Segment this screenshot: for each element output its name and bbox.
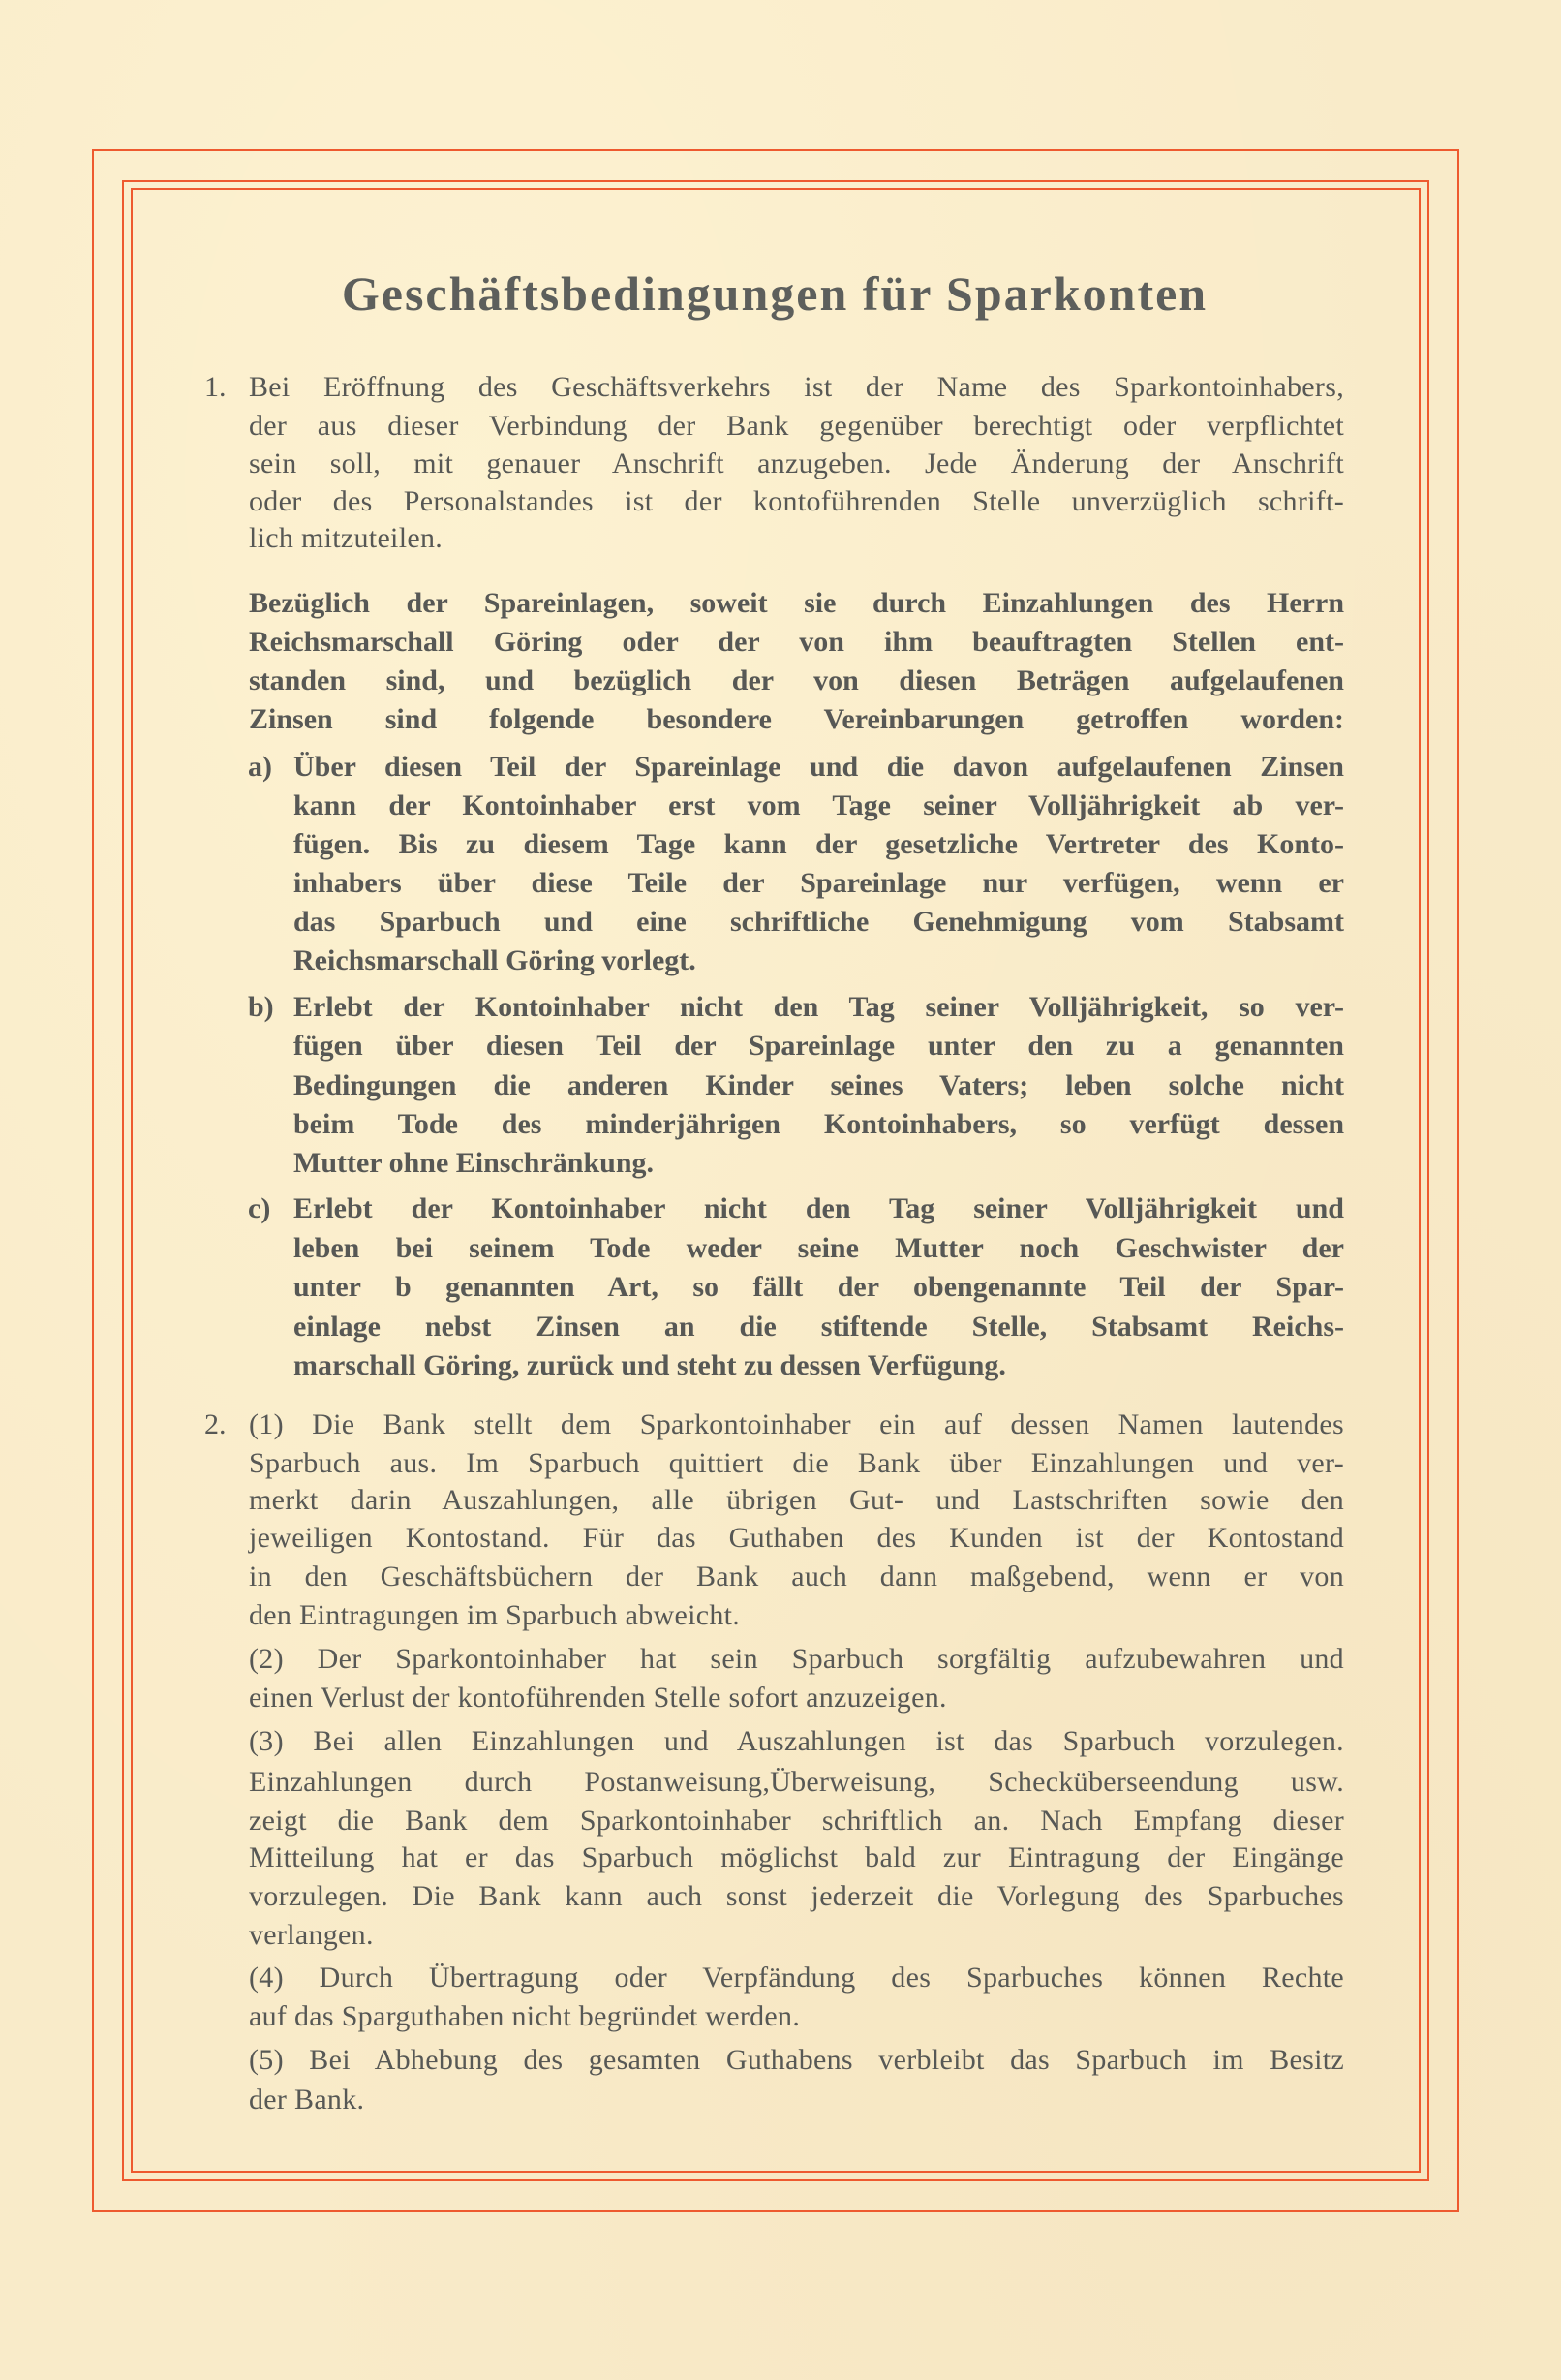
text-line: fügen. Bis zu diesem Tage kann der geset… [293,830,1344,859]
text-line: beim Tode des minderjährigen Kontoinhabe… [293,1110,1344,1139]
item-label: c) [248,1194,270,1223]
text-line: sein soll, mit genauer Anschrift anzugeb… [249,449,1344,479]
text-line: kann der Kontoinhaber erst vom Tage sein… [293,791,1344,820]
text-line: Mutter ohne Einschränkung. [293,1149,1344,1178]
text-line: einlage nebst Zinsen an die stiftende St… [293,1313,1344,1342]
text-line: lich mitzuteilen. [249,524,1344,553]
text-line: in den Geschäftsbüchern der Bank auch da… [249,1562,1344,1592]
text-line: oder des Personalstandes ist der kontofü… [249,487,1344,516]
text-line: Über diesen Teil der Spareinlage und die… [293,753,1344,782]
text-line: auf das Sparguthaben nicht begründet wer… [249,2002,1344,2031]
text-line: marschall Göring, zurück und steht zu de… [293,1351,1344,1380]
text-line: vorzulegen. Die Bank kann auch sonst jed… [249,1882,1344,1911]
text-line: der Bank. [249,2086,1344,2115]
text-line: Bedingungen die anderen Kinder seines Va… [293,1071,1344,1100]
text-line: einen Verlust der kontoführenden Stelle … [249,1684,1344,1713]
text-line: verlangen. [249,1921,1344,1950]
text-line: leben bei seinem Tode weder seine Mutter… [293,1234,1344,1263]
text-line: Erlebt der Kontoinhaber nicht den Tag se… [293,1194,1344,1223]
text-line: zeigt die Bank dem Sparkontoinhaber schr… [249,1807,1344,1836]
text-line: das Sparbuch und eine schriftliche Geneh… [293,908,1344,937]
text-line: merkt darin Auszahlungen, alle übrigen G… [249,1486,1344,1515]
item-label: a) [248,753,272,782]
text-line: Bezüglich der Spareinlagen, soweit sie d… [249,589,1344,618]
text-line: unter b genannten Art, so fällt der oben… [293,1273,1344,1302]
text-line: Reichsmarschall Göring oder der von ihm … [249,628,1344,657]
text-line: Mitteilung hat er das Sparbuch möglichst… [249,1843,1344,1872]
text-line: (4) Durch Übertragung oder Verpfändung d… [249,1963,1344,1993]
text-line: den Eintragungen im Sparbuch abweicht. [249,1601,1344,1630]
text-line: Bei Eröffnung des Geschäftsverkehrs ist … [249,373,1344,402]
section-number: 1. [204,373,227,402]
text-line: fügen über diesen Teil der Spareinlage u… [293,1032,1344,1061]
text-line: Reichsmarschall Göring vorlegt. [293,946,1344,975]
item-label: b) [248,993,274,1022]
text-line: standen sind, und bezüglich der von dies… [249,666,1344,695]
text-line: (1) Die Bank stellt dem Sparkontoinhaber… [249,1410,1344,1439]
text-line: Zinsen sind folgende besondere Vereinbar… [249,705,1344,734]
text-line: (5) Bei Abhebung des gesamten Guthabens … [249,2046,1344,2075]
text-line: Einzahlungen durch Postanweisung,Überwei… [249,1768,1344,1797]
text-line: jeweiligen Kontostand. Für das Guthaben … [249,1524,1344,1553]
text-line: Sparbuch aus. Im Sparbuch quittiert die … [249,1449,1344,1478]
text-line: Erlebt der Kontoinhaber nicht den Tag se… [293,993,1344,1022]
text-line: (2) Der Sparkontoinhaber hat sein Sparbu… [249,1645,1344,1674]
text-line: der aus dieser Verbindung der Bank gegen… [249,412,1344,441]
text-line: inhabers über diese Teile der Spareinlag… [293,869,1344,898]
text-line: (3) Bei allen Einzahlungen und Auszahlun… [249,1727,1344,1756]
document-title: Geschäftsbedingungen für Sparkonten [291,269,1259,318]
section-number: 2. [204,1410,227,1439]
